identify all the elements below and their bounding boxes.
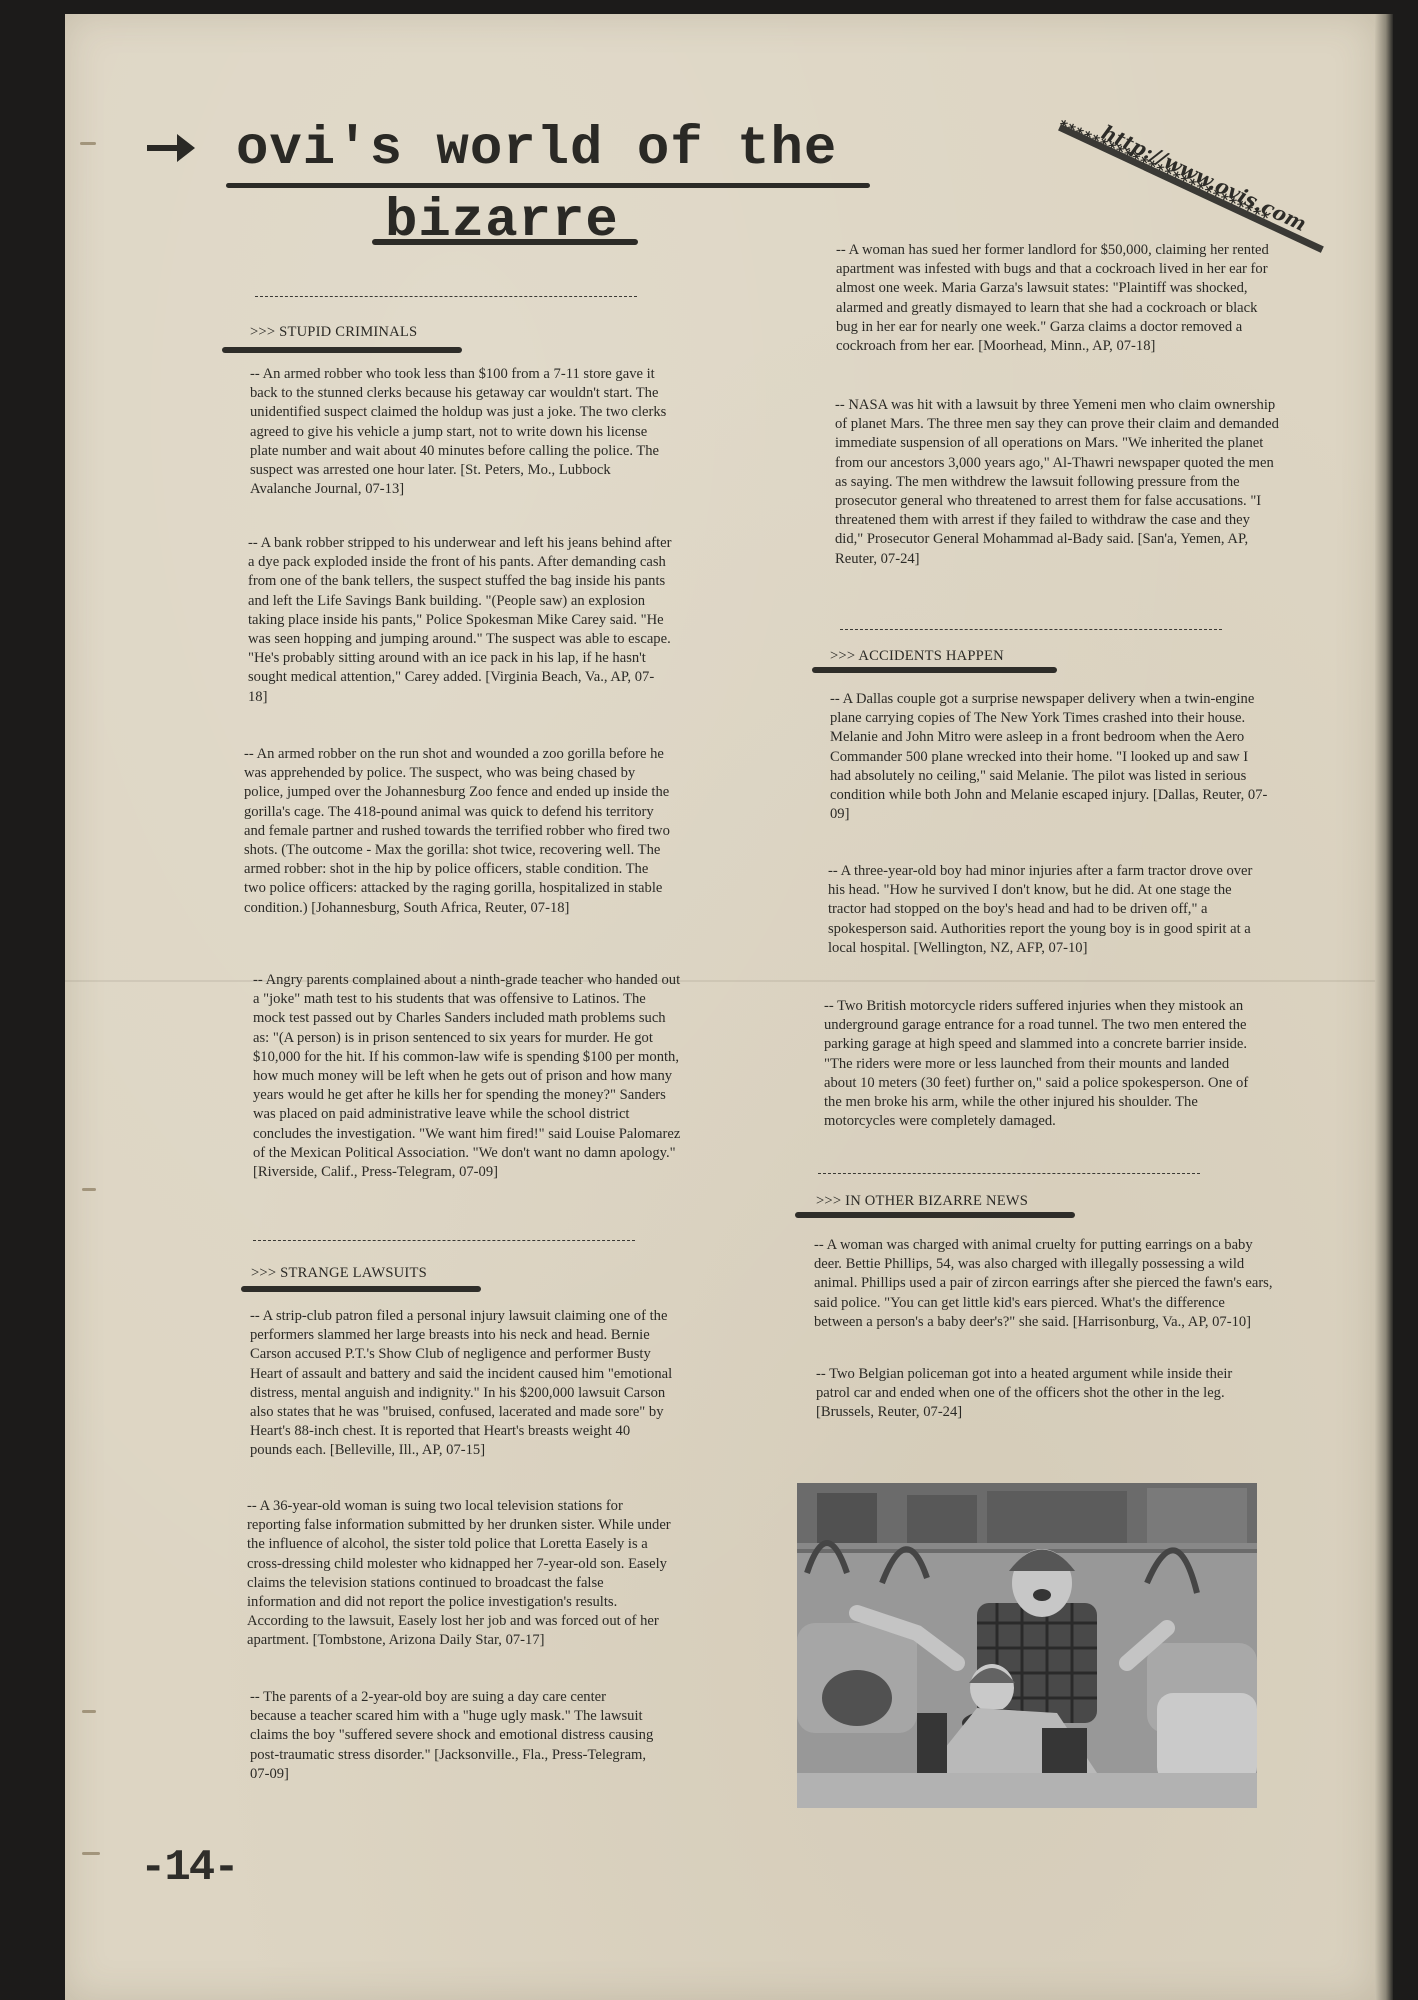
dashed-divider <box>840 629 1222 630</box>
title-underline <box>372 239 638 245</box>
margin-mark <box>82 1188 96 1191</box>
article-item: -- A strip-club patron filed a personal … <box>250 1307 675 1461</box>
margin-mark <box>82 1852 100 1855</box>
article-item: -- An armed robber who took less than $1… <box>250 365 670 499</box>
article-item: -- A 36-year-old woman is suing two loca… <box>247 1497 675 1651</box>
section-underline <box>241 1286 481 1292</box>
dashed-divider <box>253 1240 635 1241</box>
section-heading-other-bizarre-news: >>> IN OTHER BIZARRE NEWS <box>816 1193 1028 1210</box>
go-kart-photo-image <box>797 1483 1257 1808</box>
margin-mark <box>82 1710 96 1713</box>
article-item: -- A Dallas couple got a surprise newspa… <box>830 690 1270 824</box>
article-item: -- A bank robber stripped to his underwe… <box>248 534 673 707</box>
article-item: -- Two Belgian policeman got into a heat… <box>816 1365 1236 1423</box>
section-underline <box>795 1212 1075 1218</box>
article-item: -- An armed robber on the run shot and w… <box>244 745 672 918</box>
article-item: -- The parents of a 2-year-old boy are s… <box>250 1688 655 1784</box>
dashed-divider <box>818 1173 1200 1174</box>
page-edge <box>1375 14 1393 2000</box>
article-item: -- A woman was charged with animal cruel… <box>814 1236 1274 1332</box>
section-heading-accidents-happen: >>> ACCIDENTS HAPPEN <box>830 648 1004 665</box>
title-underline <box>226 183 870 188</box>
section-underline <box>222 347 462 353</box>
section-heading-stupid-criminals: >>> STUPID CRIMINALS <box>250 324 417 341</box>
section-heading-strange-lawsuits: >>> STRANGE LAWSUITS <box>251 1265 427 1282</box>
article-item: -- Angry parents complained about a nint… <box>253 971 681 1182</box>
margin-mark <box>80 142 96 145</box>
dashed-divider <box>255 296 637 297</box>
news-photo <box>797 1483 1257 1808</box>
article-item: -- Two British motorcycle riders suffere… <box>824 997 1264 1131</box>
article-item: -- A woman has sued her former landlord … <box>836 241 1276 356</box>
article-item: -- A three-year-old boy had minor injuri… <box>828 862 1268 958</box>
masthead-title-line1: ovi's world of the <box>236 120 837 180</box>
right-arrow-icon <box>145 128 197 168</box>
page-number: -14- <box>140 1843 238 1893</box>
section-underline <box>812 667 1057 673</box>
article-item: -- NASA was hit with a lawsuit by three … <box>835 396 1280 569</box>
